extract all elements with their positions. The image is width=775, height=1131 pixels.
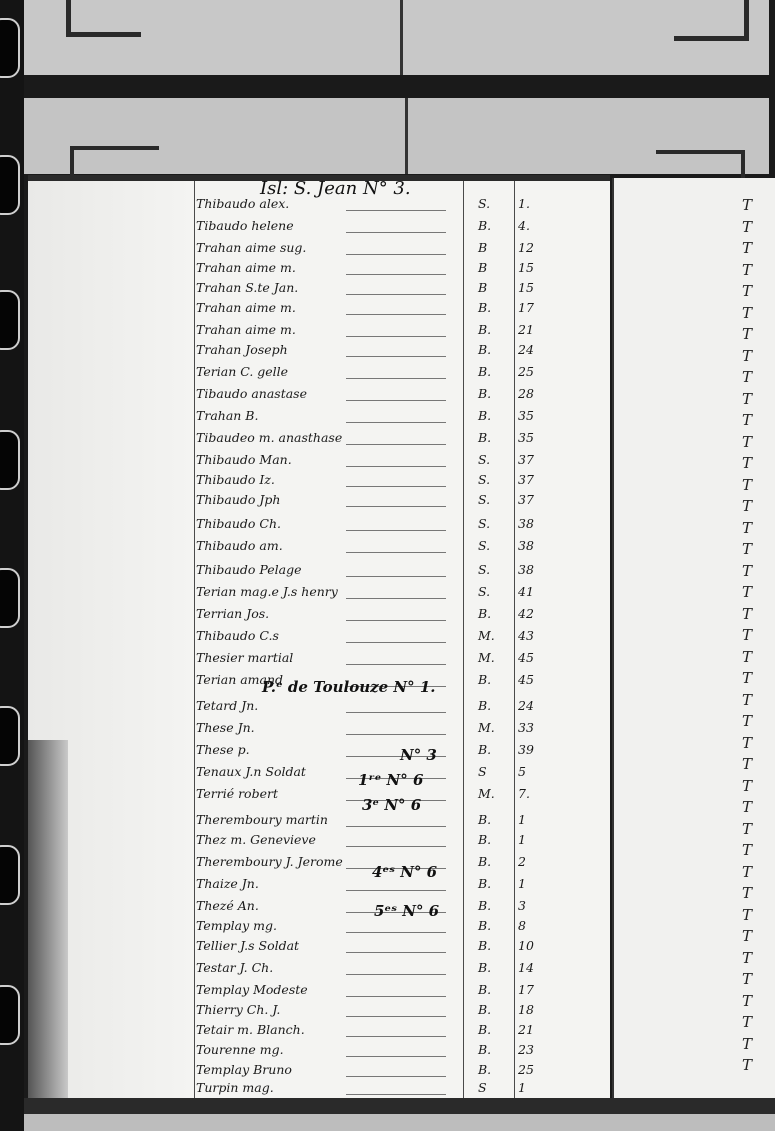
right-page-letter: T	[742, 712, 752, 730]
register-row: Templay BrunoB.25	[196, 1062, 596, 1082]
right-page-letter: T	[742, 476, 752, 494]
entry-line	[346, 444, 446, 445]
entry-line	[346, 620, 446, 621]
entry-code: B.	[478, 1002, 491, 1017]
register-row: Trahan aime m.B15	[196, 260, 596, 280]
entry-number: 8	[518, 918, 526, 933]
sprocket-hole	[0, 845, 20, 905]
entry-number: 1	[518, 832, 526, 847]
register-row: Testar J. Ch.B.14	[196, 960, 596, 980]
sprocket-hole	[0, 155, 20, 215]
entry-number: 38	[518, 516, 534, 531]
right-page-letter: T	[742, 992, 752, 1010]
right-page-letter: T	[742, 390, 752, 408]
register-row: Turpin mag.S1	[196, 1080, 596, 1100]
entry-code: B.	[478, 1022, 491, 1037]
entry-name: Tenaux J.n Soldat	[196, 764, 306, 779]
entry-code: S	[478, 1080, 487, 1095]
register-row: Terian C. gelleB.25	[196, 364, 596, 384]
entry-code: S.	[478, 472, 490, 487]
entry-code: S.	[478, 584, 490, 599]
entry-line	[346, 294, 446, 295]
entry-name: Turpin mag.	[196, 1080, 274, 1095]
sprocket-hole	[0, 18, 20, 78]
entry-line	[346, 712, 446, 713]
entry-name: Thezé An.	[196, 898, 259, 913]
entry-code: B.	[478, 812, 491, 827]
entry-code: B.	[478, 342, 491, 357]
register-row: Trahan aime m.B.21	[196, 322, 596, 342]
entry-line	[346, 356, 446, 357]
entry-number: 37	[518, 492, 534, 507]
register-row: Terian mag.e J.s henryS.41	[196, 584, 596, 604]
entry-line	[346, 1076, 446, 1077]
entry-line	[346, 1036, 446, 1037]
right-page-letter: T	[742, 218, 752, 236]
entry-number: 15	[518, 280, 534, 295]
entry-code: B.	[478, 386, 491, 401]
right-page-letter: T	[742, 433, 752, 451]
section-marker: 4ᵉˢ N° 6	[372, 863, 437, 881]
corner-bracket	[70, 146, 159, 178]
entry-code: B.	[478, 960, 491, 975]
register-row: Trahan S.te Jan.B15	[196, 280, 596, 300]
entry-line	[346, 466, 446, 467]
next-frame	[24, 1114, 775, 1131]
entry-line	[346, 664, 446, 665]
entry-line	[346, 1094, 446, 1095]
entry-number: 28	[518, 386, 534, 401]
entry-number: 23	[518, 1042, 534, 1057]
right-page-letter: T	[742, 863, 752, 881]
entry-line	[346, 506, 446, 507]
frame-divider	[400, 0, 403, 75]
entry-line	[346, 530, 446, 531]
right-page-letter: T	[742, 949, 752, 967]
column-rule	[194, 181, 195, 1100]
entry-name: Templay mg.	[196, 918, 277, 933]
entry-name: Tellier J.s Soldat	[196, 938, 299, 953]
entry-name: Tetard Jn.	[196, 698, 258, 713]
right-page-letter: T	[742, 1013, 752, 1031]
entry-line	[346, 378, 446, 379]
entry-code: B	[478, 240, 487, 255]
entry-code: B.	[478, 218, 491, 233]
entry-line	[346, 576, 446, 577]
right-page-letter: T	[742, 648, 752, 666]
entry-number: 21	[518, 322, 534, 337]
entry-number: 5	[518, 764, 526, 779]
entry-number: 45	[518, 650, 534, 665]
entry-number: 17	[518, 982, 534, 997]
right-page-letter: T	[742, 669, 752, 687]
register-row: Thibaudo alex.S.1.	[196, 196, 596, 216]
entry-number: 35	[518, 430, 534, 445]
entry-number: 15	[518, 260, 534, 275]
register-row: Thibaudo am.S.38	[196, 538, 596, 558]
right-page-letter: T	[742, 519, 752, 537]
page-edge-shadow	[28, 740, 68, 1100]
register-row: Trahan aime sug.B12	[196, 240, 596, 260]
entry-line	[346, 336, 446, 337]
right-page-letter: T	[742, 540, 752, 558]
entry-number: 45	[518, 672, 534, 687]
entry-code: S.	[478, 492, 490, 507]
entry-number: 1	[518, 812, 526, 827]
entry-line	[346, 846, 446, 847]
entry-code: S.	[478, 562, 490, 577]
entry-code: M.	[478, 628, 495, 643]
entry-line	[346, 486, 446, 487]
entry-line	[346, 400, 446, 401]
right-page-letter: T	[742, 1056, 752, 1074]
entry-code: B.	[478, 1042, 491, 1057]
right-page-letter: T	[742, 777, 752, 795]
entry-name: Terrié robert	[196, 786, 278, 801]
right-page-letter: T	[742, 454, 752, 472]
right-page-letter: T	[742, 820, 752, 838]
entry-name: Trahan aime m.	[196, 300, 296, 315]
sprocket-hole	[0, 985, 20, 1045]
right-page-letter: T	[742, 1035, 752, 1053]
register-row: Tetair m. Blanch.B.21	[196, 1022, 596, 1042]
entry-code: B.	[478, 918, 491, 933]
entry-name: Trahan aime sug.	[196, 240, 306, 255]
entry-line	[346, 932, 446, 933]
entry-number: 7.	[518, 786, 530, 801]
register-row: These p.B.39	[196, 742, 596, 762]
section-marker: 3ᵉ N° 6	[362, 796, 421, 814]
register-row: Thibaudo Ch.S.38	[196, 516, 596, 536]
right-page-letter: T	[742, 325, 752, 343]
entry-number: 12	[518, 240, 534, 255]
entry-code: B.	[478, 832, 491, 847]
entry-number: 21	[518, 1022, 534, 1037]
register-row: Thibaudo Man.S.37	[196, 452, 596, 472]
entry-code: B	[478, 260, 487, 275]
entry-name: Thaize Jn.	[196, 876, 259, 891]
entry-code: B.	[478, 1062, 491, 1077]
register-row: Thierry Ch. J.B.18	[196, 1002, 596, 1022]
entry-name: Tetair m. Blanch.	[196, 1022, 305, 1037]
right-page-letter: T	[742, 970, 752, 988]
right-page-letter: T	[742, 691, 752, 709]
entry-code: B.	[478, 898, 491, 913]
right-page-letter: T	[742, 239, 752, 257]
entry-number: 39	[518, 742, 534, 757]
register-row: Terrian Jos.B.42	[196, 606, 596, 626]
entry-name: Trahan aime m.	[196, 322, 296, 337]
entry-line	[346, 422, 446, 423]
entry-name: Terian mag.e J.s henry	[196, 584, 338, 599]
entry-line	[346, 890, 446, 891]
right-page-letter: T	[742, 347, 752, 365]
entry-line	[346, 210, 446, 211]
entry-code: S	[478, 764, 487, 779]
entry-code: B.	[478, 322, 491, 337]
register-row: Templay ModesteB.17	[196, 982, 596, 1002]
entry-number: 24	[518, 698, 534, 713]
section-marker: 5ᵉˢ N° 6	[374, 902, 439, 920]
right-page-letter: T	[742, 261, 752, 279]
entry-name: Thibaudo am.	[196, 538, 283, 553]
entry-name: Theremboury martin	[196, 812, 328, 827]
entry-line	[346, 254, 446, 255]
entry-number: 38	[518, 562, 534, 577]
entry-number: 25	[518, 364, 534, 379]
entry-line	[346, 1056, 446, 1057]
entry-number: 1	[518, 1080, 526, 1095]
entry-line	[346, 952, 446, 953]
right-page-letter: T	[742, 304, 752, 322]
entry-number: 14	[518, 960, 534, 975]
entry-code: S.	[478, 516, 490, 531]
entry-number: 42	[518, 606, 534, 621]
entry-name: Testar J. Ch.	[196, 960, 273, 975]
right-page-letter: T	[742, 841, 752, 859]
entry-line	[346, 996, 446, 997]
entry-number: 43	[518, 628, 534, 643]
corner-bracket	[66, 0, 141, 37]
entry-code: M.	[478, 786, 495, 801]
entry-line	[346, 642, 446, 643]
right-page-letter: T	[742, 906, 752, 924]
register-row: Tibaudo anastaseB.28	[196, 386, 596, 406]
register-row: Thibaudo JphS.37	[196, 492, 596, 512]
entry-name: Thesier martial	[196, 650, 293, 665]
frame-divider	[405, 98, 408, 174]
entry-name: Thibaudo Iz.	[196, 472, 275, 487]
entry-code: M.	[478, 720, 495, 735]
corner-bracket	[656, 150, 745, 178]
entry-name: These p.	[196, 742, 250, 757]
sprocket-hole	[0, 430, 20, 490]
entry-code: S.	[478, 452, 490, 467]
register-row: Trahan B.B.35	[196, 408, 596, 428]
entry-code: B.	[478, 876, 491, 891]
register-row: Tetard Jn.B.24	[196, 698, 596, 718]
corner-bracket	[674, 0, 749, 41]
entry-line	[346, 1016, 446, 1017]
entry-number: 10	[518, 938, 534, 953]
entry-number: 2	[518, 854, 526, 869]
register-row: Thez m. GenevieveB.1	[196, 832, 596, 852]
entry-name: Thierry Ch. J.	[196, 1002, 280, 1017]
right-page-letter: T	[742, 562, 752, 580]
right-page-letter: T	[742, 798, 752, 816]
entry-code: B.	[478, 606, 491, 621]
right-page-letter: T	[742, 497, 752, 515]
section-marker: N° 3	[400, 746, 437, 764]
entry-line	[346, 314, 446, 315]
entry-name: Thibaudo Jph	[196, 492, 280, 507]
entry-name: These Jn.	[196, 720, 255, 735]
entry-number: 24	[518, 342, 534, 357]
entry-code: B.	[478, 938, 491, 953]
entry-name: Thibaudo C.s	[196, 628, 279, 643]
section-marker: P.ᵉ de Toulouze N° 1.	[262, 678, 436, 696]
entry-number: 3	[518, 898, 526, 913]
entry-number: 17	[518, 300, 534, 315]
entry-code: S.	[478, 538, 490, 553]
register-row: Trahan JosephB.24	[196, 342, 596, 362]
entry-code: B.	[478, 742, 491, 757]
right-page-letter: T	[742, 626, 752, 644]
entry-number: 33	[518, 720, 534, 735]
register-row: Thibaudo PelageS.38	[196, 562, 596, 582]
register-row: Tibaudeo m. anasthaseB.35	[196, 430, 596, 450]
entry-number: 1.	[518, 196, 530, 211]
register-row: Tellier J.s SoldatB.10	[196, 938, 596, 958]
entry-number: 41	[518, 584, 534, 599]
right-page-letter: T	[742, 755, 752, 773]
sprocket-hole	[0, 568, 20, 628]
right-page-letter: T	[742, 605, 752, 623]
entry-code: B.	[478, 364, 491, 379]
sprocket-hole	[0, 706, 20, 766]
entry-name: Tibaudo helene	[196, 218, 294, 233]
entry-code: M.	[478, 650, 495, 665]
entry-name: Terrian Jos.	[196, 606, 269, 621]
register-row: Trahan aime m.B.17	[196, 300, 596, 320]
entry-name: Trahan aime m.	[196, 260, 296, 275]
sprocket-hole	[0, 290, 20, 350]
register-row: Tibaudo heleneB.4.	[196, 218, 596, 238]
entry-number: 18	[518, 1002, 534, 1017]
entry-line	[346, 734, 446, 735]
entry-number: 37	[518, 452, 534, 467]
entry-code: B.	[478, 698, 491, 713]
register-row: Theremboury martinB.1	[196, 812, 596, 832]
film-sprocket-strip	[0, 0, 24, 1131]
register-row: Templay mg.B.8	[196, 918, 596, 938]
entry-line	[346, 552, 446, 553]
entry-code: B.	[478, 672, 491, 687]
entry-line	[346, 598, 446, 599]
entry-line	[346, 232, 446, 233]
previous-frame	[24, 0, 769, 75]
entry-code: B	[478, 280, 487, 295]
right-page-letter: T	[742, 583, 752, 601]
entry-line	[346, 974, 446, 975]
entry-name: Thibaudo Man.	[196, 452, 292, 467]
entry-number: 4.	[518, 218, 530, 233]
entry-code: B.	[478, 854, 491, 869]
register-row: These Jn.M.33	[196, 720, 596, 740]
entry-line	[346, 274, 446, 275]
right-page-letter: T	[742, 196, 752, 214]
right-page-letter: T	[742, 368, 752, 386]
entry-line	[346, 826, 446, 827]
entry-name: Tourenne mg.	[196, 1042, 284, 1057]
entry-name: Trahan B.	[196, 408, 258, 423]
entry-name: Tibaudeo m. anasthase	[196, 430, 342, 445]
register-row: Thesier martialM.45	[196, 650, 596, 670]
previous-frame-lower	[24, 98, 769, 174]
entry-number: 25	[518, 1062, 534, 1077]
entry-name: Tibaudo anastase	[196, 386, 307, 401]
entry-name: Thibaudo Ch.	[196, 516, 281, 531]
right-page-letter: T	[742, 282, 752, 300]
register-row: Thibaudo C.sM.43	[196, 628, 596, 648]
entry-number: 35	[518, 408, 534, 423]
entry-number: 38	[518, 538, 534, 553]
right-page-letter: T	[742, 884, 752, 902]
entry-code: B.	[478, 982, 491, 997]
entry-name: Templay Bruno	[196, 1062, 292, 1077]
register-row: Tourenne mg.B.23	[196, 1042, 596, 1062]
entry-name: Trahan S.te Jan.	[196, 280, 298, 295]
entry-number: 1	[518, 876, 526, 891]
entry-code: S.	[478, 196, 490, 211]
frame-bottom-edge	[24, 1098, 775, 1114]
right-page-letter: T	[742, 411, 752, 429]
entry-number: 37	[518, 472, 534, 487]
entry-name: Theremboury J. Jerome	[196, 854, 343, 869]
entry-name: Trahan Joseph	[196, 342, 288, 357]
entry-code: B.	[478, 300, 491, 315]
entry-code: B.	[478, 430, 491, 445]
entry-name: Terian C. gelle	[196, 364, 288, 379]
section-marker: 1ʳᵉ N° 6	[358, 771, 423, 789]
entry-name: Thibaudo alex.	[196, 196, 289, 211]
entry-name: Templay Modeste	[196, 982, 308, 997]
right-page-letter: T	[742, 927, 752, 945]
entry-code: B.	[478, 408, 491, 423]
right-page-letter: T	[742, 734, 752, 752]
entry-name: Thibaudo Pelage	[196, 562, 302, 577]
register-row: Thibaudo Iz.S.37	[196, 472, 596, 492]
entry-name: Thez m. Genevieve	[196, 832, 316, 847]
